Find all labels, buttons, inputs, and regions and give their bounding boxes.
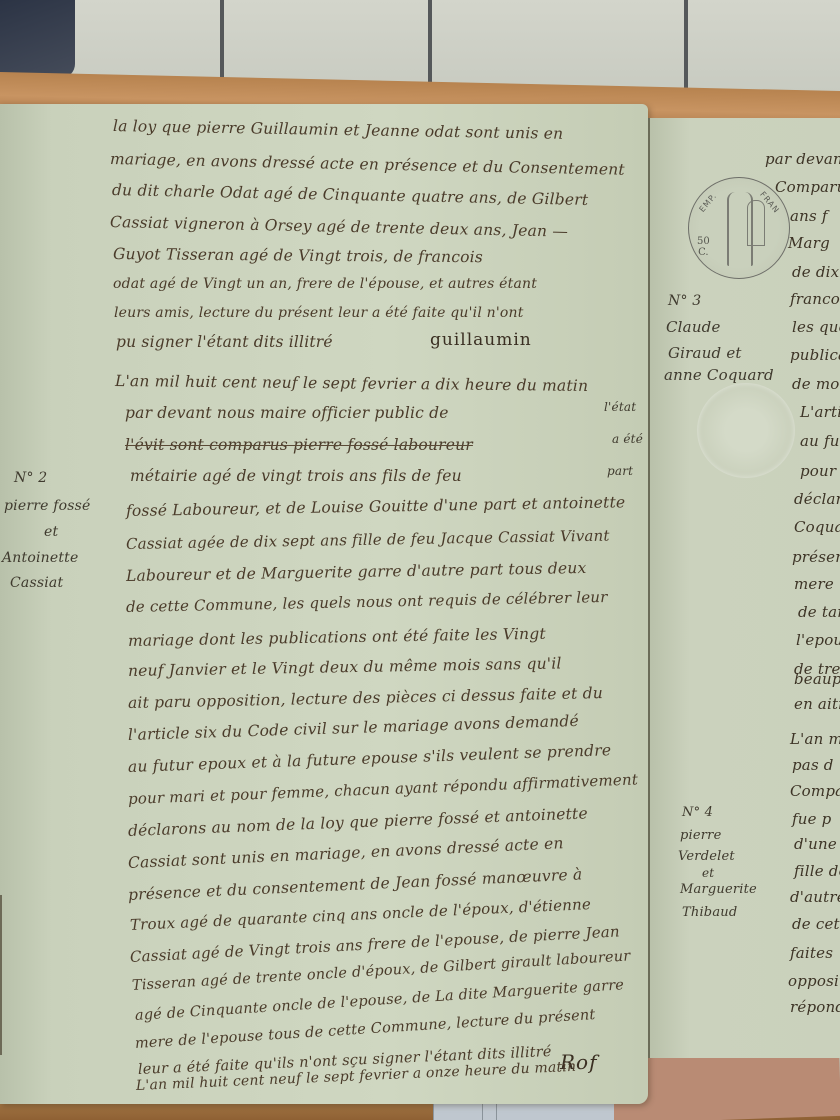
- bride-surname: Cassiat: [10, 575, 63, 591]
- entry-number: N° 2: [14, 470, 47, 486]
- marginal-insert: l'état: [604, 400, 636, 414]
- stamp-left-text: EMP.: [697, 191, 718, 214]
- dark-cloth: [0, 0, 75, 78]
- margin-name: et: [702, 866, 714, 880]
- entry-number: N° 3: [668, 293, 701, 309]
- text-line: par devant nous maire officier public de: [125, 404, 449, 422]
- text-line: Guyot Tisseran agé de Vingt trois, de fr…: [113, 245, 483, 266]
- law-tablet-icon: [747, 200, 765, 246]
- margin-name: pierre: [680, 828, 722, 843]
- page-edge-rule: [0, 895, 2, 1055]
- margin-name: Thibaud: [682, 905, 737, 920]
- tax-stamp-seal: EMP. FRAN 50 C.: [688, 177, 790, 279]
- entry-number: N° 4: [682, 805, 713, 820]
- margin-name: Marguerite: [680, 882, 757, 897]
- signature-guillaumin: guillaumin: [430, 330, 532, 350]
- margin-name: Giraud et: [668, 344, 742, 362]
- margin-name: Claude: [666, 318, 721, 336]
- marginal-insert: part: [607, 464, 633, 478]
- marginal-insert: a été: [612, 432, 643, 446]
- embossed-dry-seal: [697, 383, 795, 478]
- conjunction: et: [44, 524, 58, 540]
- groom-name: pierre fossé: [4, 498, 91, 514]
- bride-first-name: Antoinette: [2, 550, 79, 566]
- stamp-value: 50 C.: [697, 236, 710, 258]
- text-line: pu signer l'étant dits illitré: [116, 333, 333, 351]
- text-line: leurs amis, lecture du présent leur a ét…: [114, 305, 524, 321]
- margin-name: Verdelet: [678, 849, 735, 864]
- wall-tile-seam: [684, 0, 688, 100]
- text-line: odat agé de Vingt un an, frere de l'épou…: [113, 276, 537, 292]
- text-line: métairie agé de vingt trois ans fils de …: [130, 467, 462, 485]
- margin-name: anne Coquard: [664, 366, 774, 384]
- text-line: l'évit sont comparus pierre fossé labour…: [125, 436, 473, 454]
